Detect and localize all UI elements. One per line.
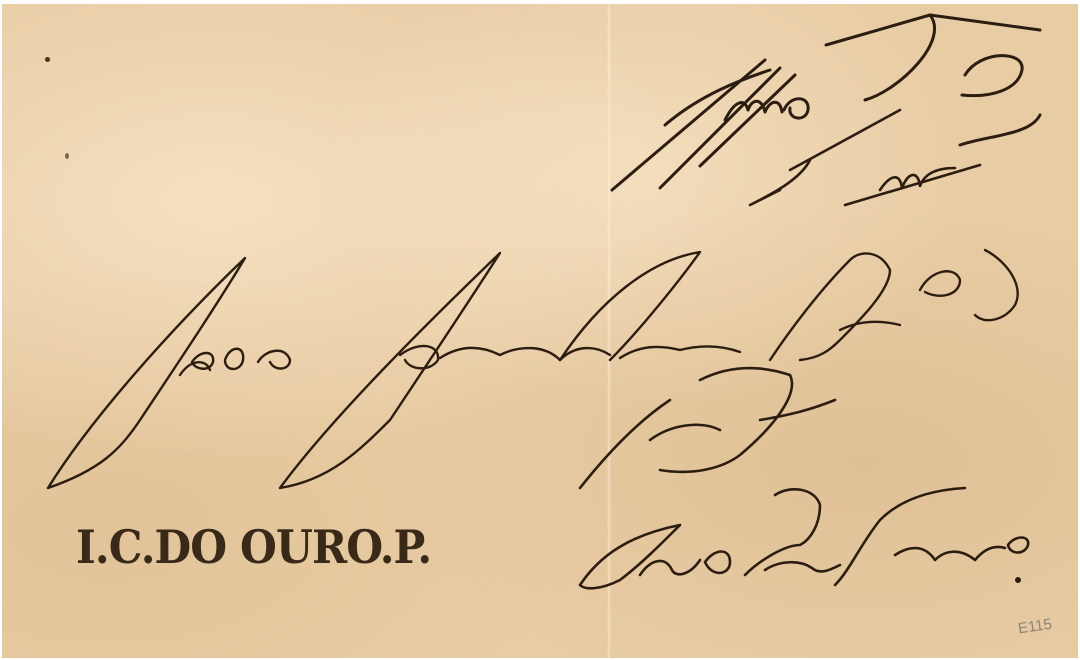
handwriting-illmo <box>612 15 1040 190</box>
handwriting-snr <box>750 110 980 205</box>
handwriting-destination <box>580 488 1028 588</box>
handwriting-via <box>580 368 835 488</box>
handwriting-addressee <box>48 250 1018 488</box>
postal-handstamp: I.C.DO OURO.P. <box>76 520 431 574</box>
